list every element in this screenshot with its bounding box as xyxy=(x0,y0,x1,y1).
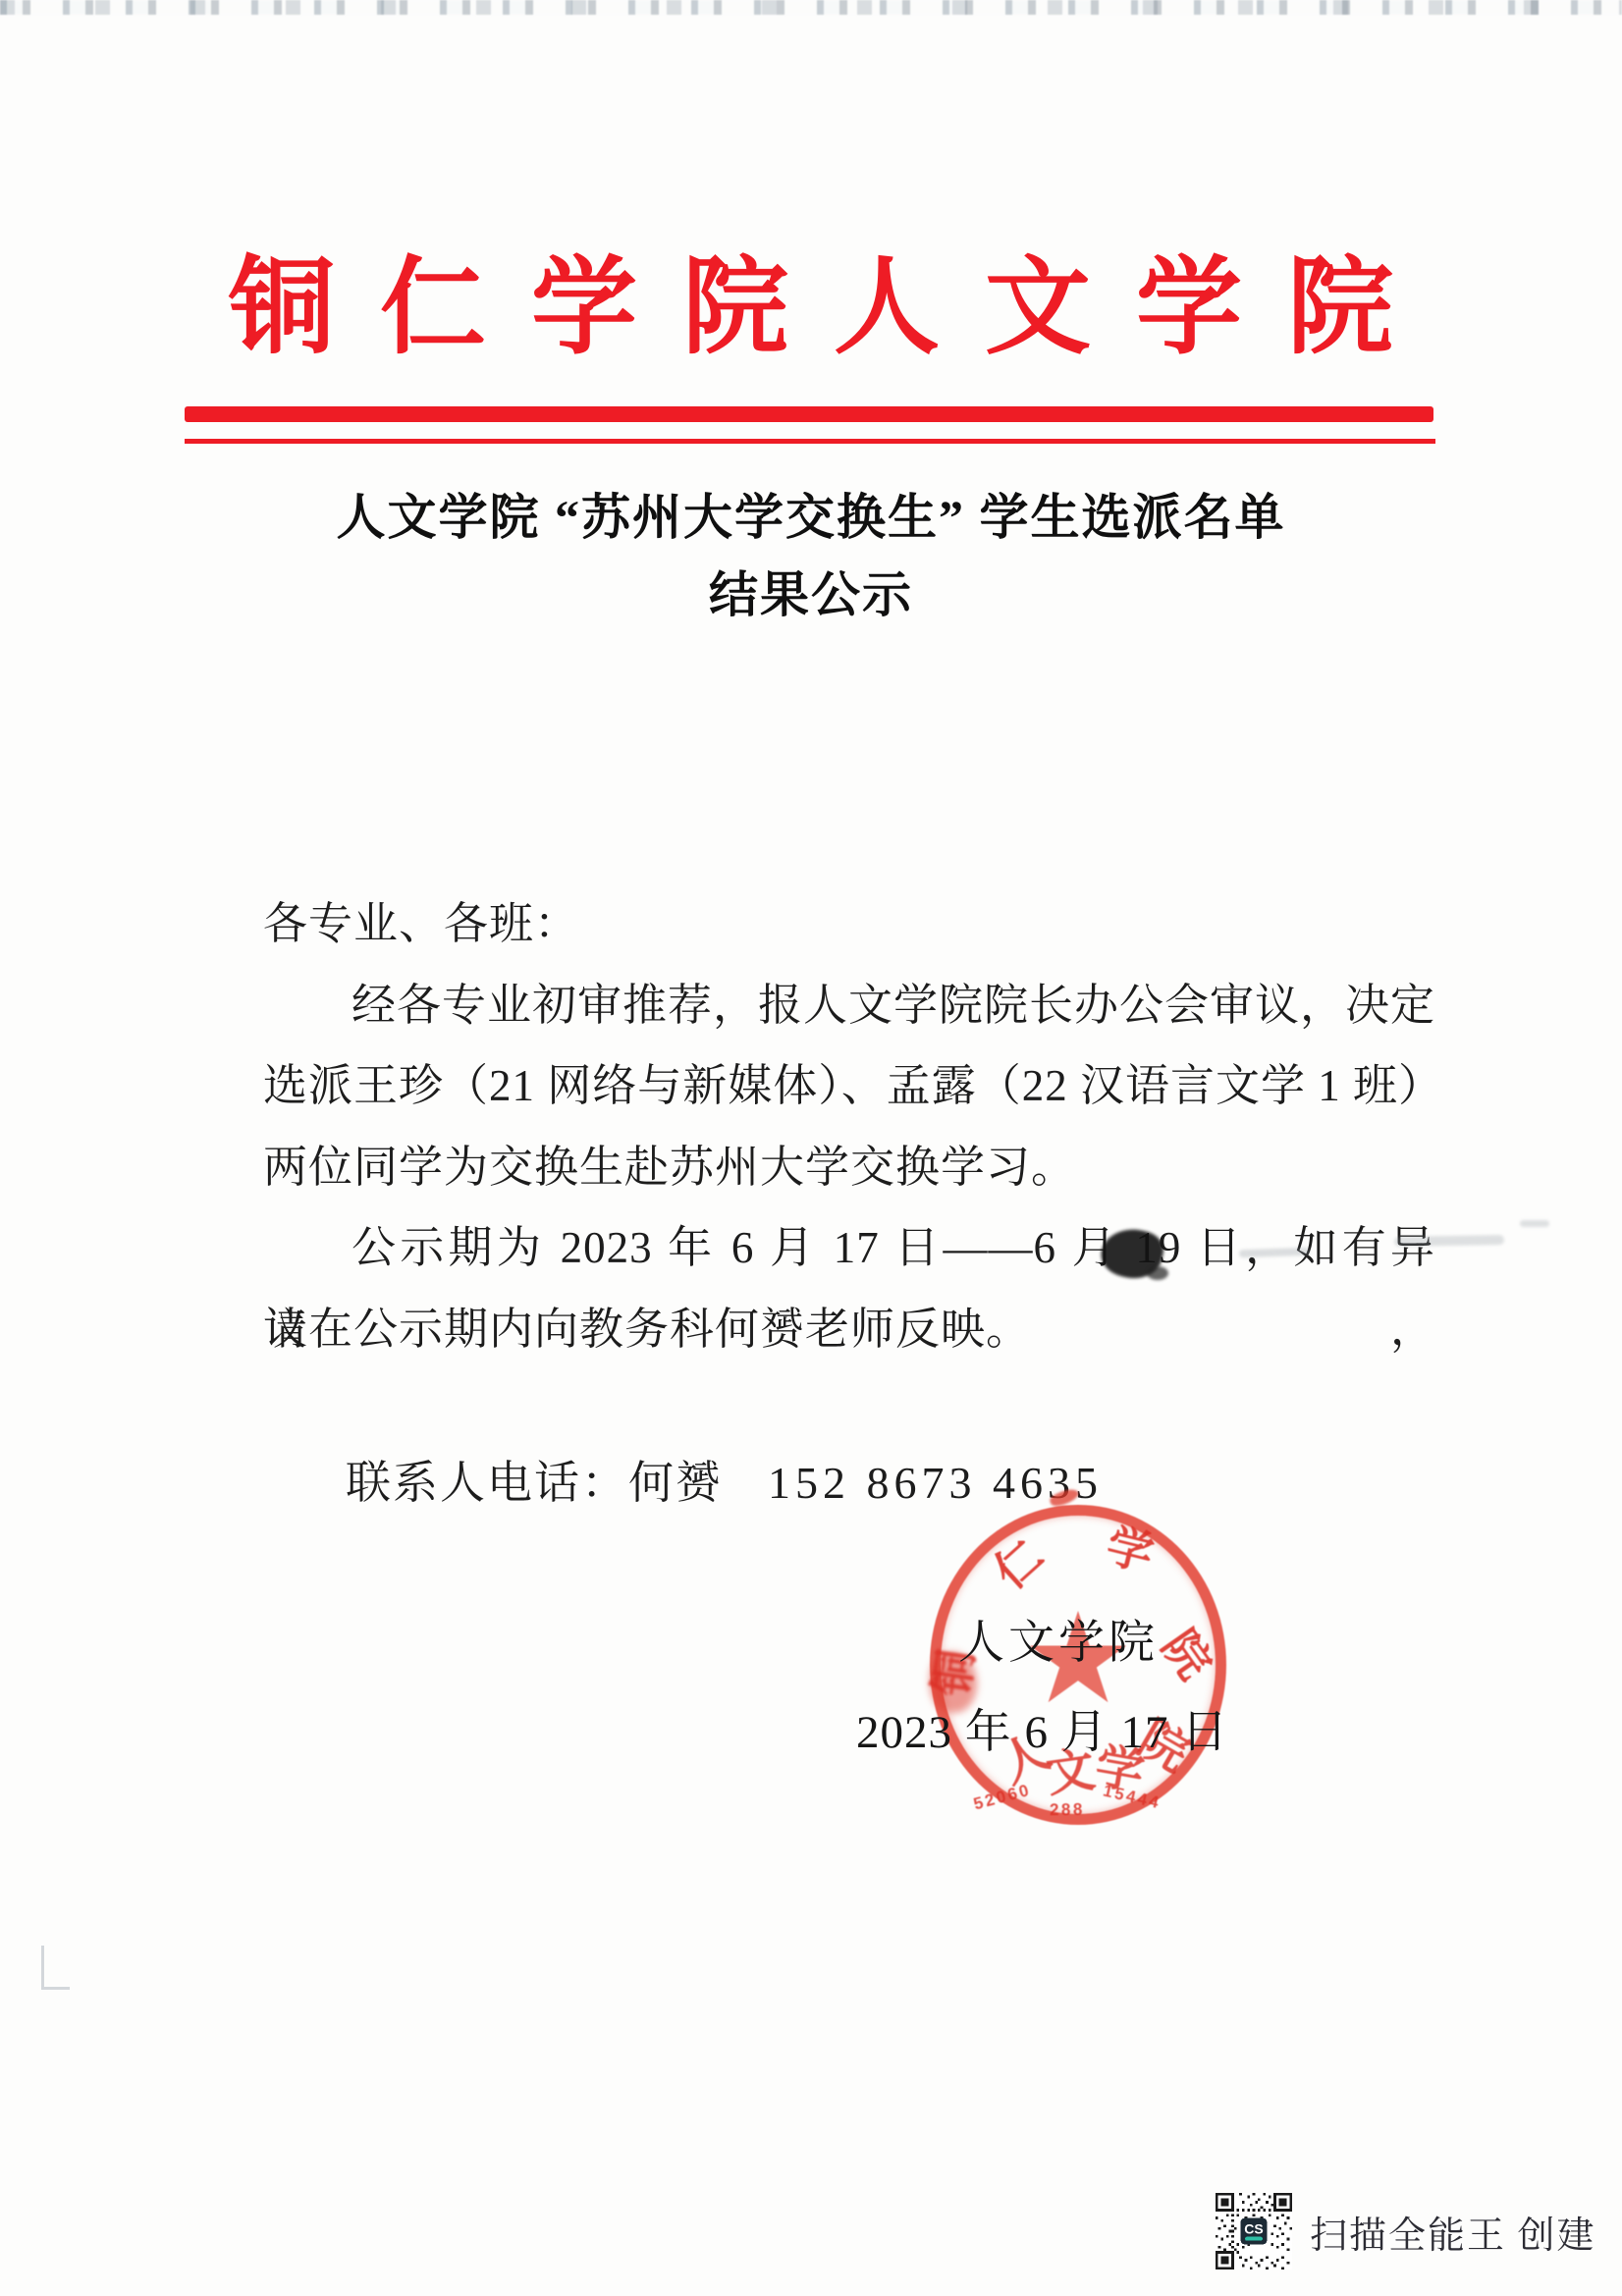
corner-fold-mark xyxy=(41,1946,70,1990)
ink-smudge-small xyxy=(1147,1266,1168,1280)
body-line: 经各专业初审推荐，报人文学院院长办公会审议，决定 xyxy=(263,965,1435,1046)
salutation-line: 各专业、各班： xyxy=(263,883,1435,965)
body-line: 两位同学为交换生赴苏州大学交换学习。 xyxy=(263,1127,1435,1208)
signature-org: 人文学院 xyxy=(958,1606,1159,1672)
scan-edge-noise xyxy=(0,0,1622,15)
scan-streak xyxy=(1520,1220,1549,1227)
seal-serial-mid: 288 xyxy=(1050,1800,1085,1821)
cs-badge-label: CS xyxy=(1244,2220,1263,2236)
letterhead-rule-thin xyxy=(185,439,1435,444)
contact-line: 联系人电话：何赟152 8673 4635 xyxy=(346,1447,1103,1512)
camscanner-watermark: CS 扫描全能王 创建 xyxy=(1216,2193,1596,2269)
contact-name: 何赟 xyxy=(628,1458,723,1508)
document-title-line1: 人文学院 “苏州大学交换生” 学生选派名单 xyxy=(0,478,1622,549)
scanner-note-text: 扫描全能王 创建 xyxy=(1310,2205,1596,2259)
letterhead-org-name: 铜仁学院人文学院 xyxy=(0,222,1622,374)
qr-code-icon: CS xyxy=(1216,2193,1292,2269)
contact-label: 联系人电话： xyxy=(346,1458,628,1508)
body-line: 选派王珍（21 网络与新媒体）、孟露（22 汉语言文学 1 班） xyxy=(263,1045,1435,1127)
document-title-line2: 结果公示 xyxy=(0,556,1622,626)
letterhead-rule-thick xyxy=(185,406,1433,422)
scanned-document-page: 铜仁学院人文学院 人文学院 “苏州大学交换生” 学生选派名单 结果公示 各专业、… xyxy=(0,0,1622,2296)
scan-streak xyxy=(1394,1235,1504,1247)
body-line: 公示期为 2023 年 6 月 17 日——6 月 19 日，如有异议， xyxy=(263,1207,1435,1289)
signature-date: 2023 年 6 月 17 日 xyxy=(856,1695,1228,1761)
document-body: 各专业、各班： 经各专业初审推荐，报人文学院院长办公会审议，决定 选派王珍（21… xyxy=(263,883,1435,1369)
